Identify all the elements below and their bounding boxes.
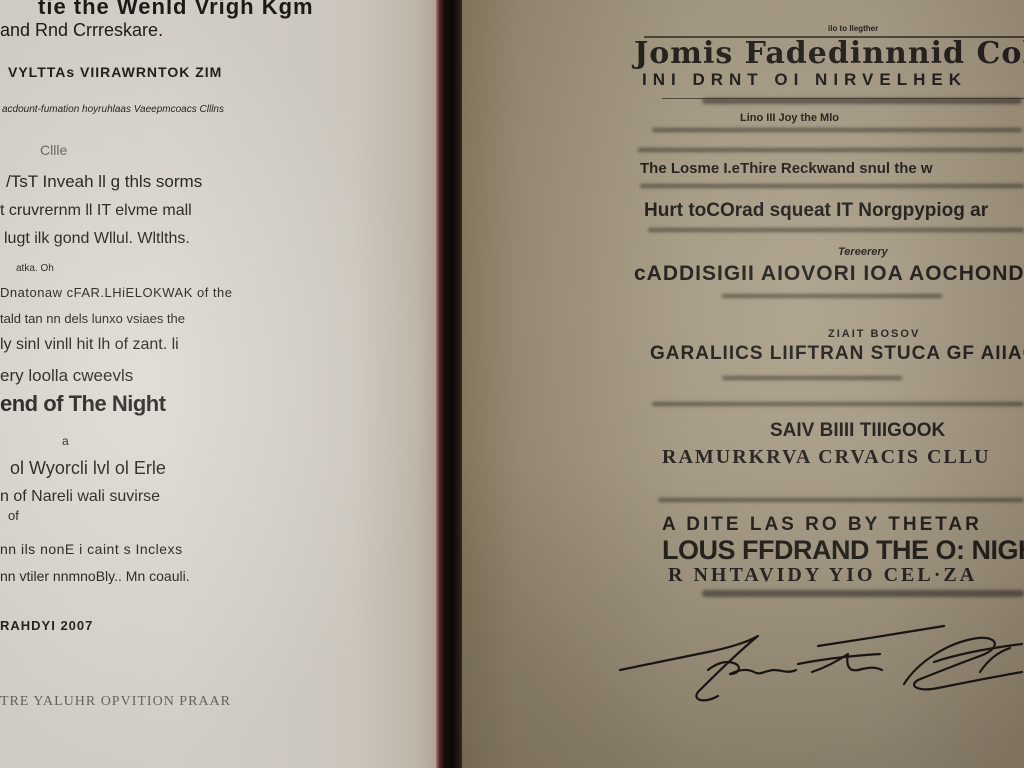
fine-print: [658, 498, 1024, 502]
fine-print: [702, 98, 1022, 104]
left-heading-end-of-the-night: end of The Night: [0, 391, 166, 417]
masthead-title: Jomis Fadedinnnid Col: [634, 36, 1024, 71]
small-caption: Tereerery: [838, 246, 888, 258]
fine-print: [638, 148, 1024, 152]
title-line-2: LOUS FFDRAND THE O: NIGHT: [662, 535, 1024, 566]
article-heading-3: SAIV BIIII TIIIGOOK: [770, 420, 945, 442]
left-line-13: ery loolla cweevls: [0, 366, 133, 386]
banner-headline-3: RAMURKRVA CRVACIS CLLU: [662, 446, 991, 469]
left-line-6: /TsT Inveah ll g thls sorms: [6, 172, 202, 192]
title-line-3: R NHTAVIDY YIO CEL·ZA: [668, 564, 977, 587]
book-gutter: [436, 0, 464, 768]
left-line-15: a: [62, 434, 69, 448]
underline-smudge: [702, 590, 1024, 597]
left-page: tie the Wenld Vrigh Kgm and Rnd Crrreska…: [0, 0, 440, 768]
left-line-10: Dnatonaw cFAR.LHiELOKWAK of the: [0, 285, 233, 300]
left-line-11: tald tan nn dels lunxo vsiaes the: [0, 311, 185, 326]
left-line-12: ly sinl vinll hit lh of zant. li: [0, 336, 179, 354]
subhead-1: ZIAIT BOSOV: [828, 328, 920, 340]
title-line-1: A DITE LAS RO BY THETAR: [662, 514, 982, 536]
fine-print: [652, 128, 1022, 132]
banner-headline-2: GARALIICS LIIFTRAN STUCA GF AIIAOI N: [650, 343, 1024, 365]
fine-print: [652, 402, 1024, 406]
left-line-18: of: [8, 508, 19, 523]
article-heading-1: The Losme I.eThire Reckwand snul the w: [640, 160, 933, 177]
left-line-7: t cruvrernm ll IT elvme mall: [0, 202, 192, 220]
left-line-19: nn ils nonE i caint s Inclexs: [0, 541, 183, 557]
left-line-16: ol Wyorcli lvl ol Erle: [10, 458, 166, 479]
masthead-kicker: ilo to Ilegther: [828, 24, 878, 33]
banner-headline-1: cADDISIGII AIOVORI IOA AOCHOND TONA: [634, 262, 1024, 286]
left-line-8: lugt ilk gond Wllul. Wltlths.: [4, 230, 190, 248]
left-line-3: VYLTTAs VIIRAWRNTOK ZIM: [8, 64, 222, 80]
fine-print: [648, 228, 1024, 232]
fine-print: [722, 294, 942, 298]
fine-print: [640, 184, 1024, 188]
dateline: Lino III Joy the Mlo: [740, 112, 839, 124]
article-heading-2: Hurt toCOrad squeat IT Norgpypiog ar: [644, 200, 988, 222]
left-line-2: and Rnd Crrreskare.: [0, 20, 163, 41]
left-date-line: RAHDYI 2007: [0, 618, 93, 633]
left-line-9: atka. Oh: [16, 263, 54, 274]
left-line-17: n of Nareli wali suvirse: [0, 488, 160, 506]
signature: [618, 612, 1024, 712]
left-line-4: acdount-fumation hoyruhlaas Vaeepmcoacs …: [2, 104, 224, 115]
left-line-20: nn vtiler nnmnoBly.. Mn coauli.: [0, 568, 190, 584]
fine-print: [722, 376, 902, 380]
left-line-1: tie the Wenld Vrigh Kgm: [38, 0, 314, 20]
left-line-5: Cllle: [40, 142, 67, 158]
masthead-subtitle: INI DRNT OI NIRVELHEK: [642, 70, 967, 90]
left-footer-line: TRE YALUHR OPVITION PRAAR: [0, 694, 231, 710]
